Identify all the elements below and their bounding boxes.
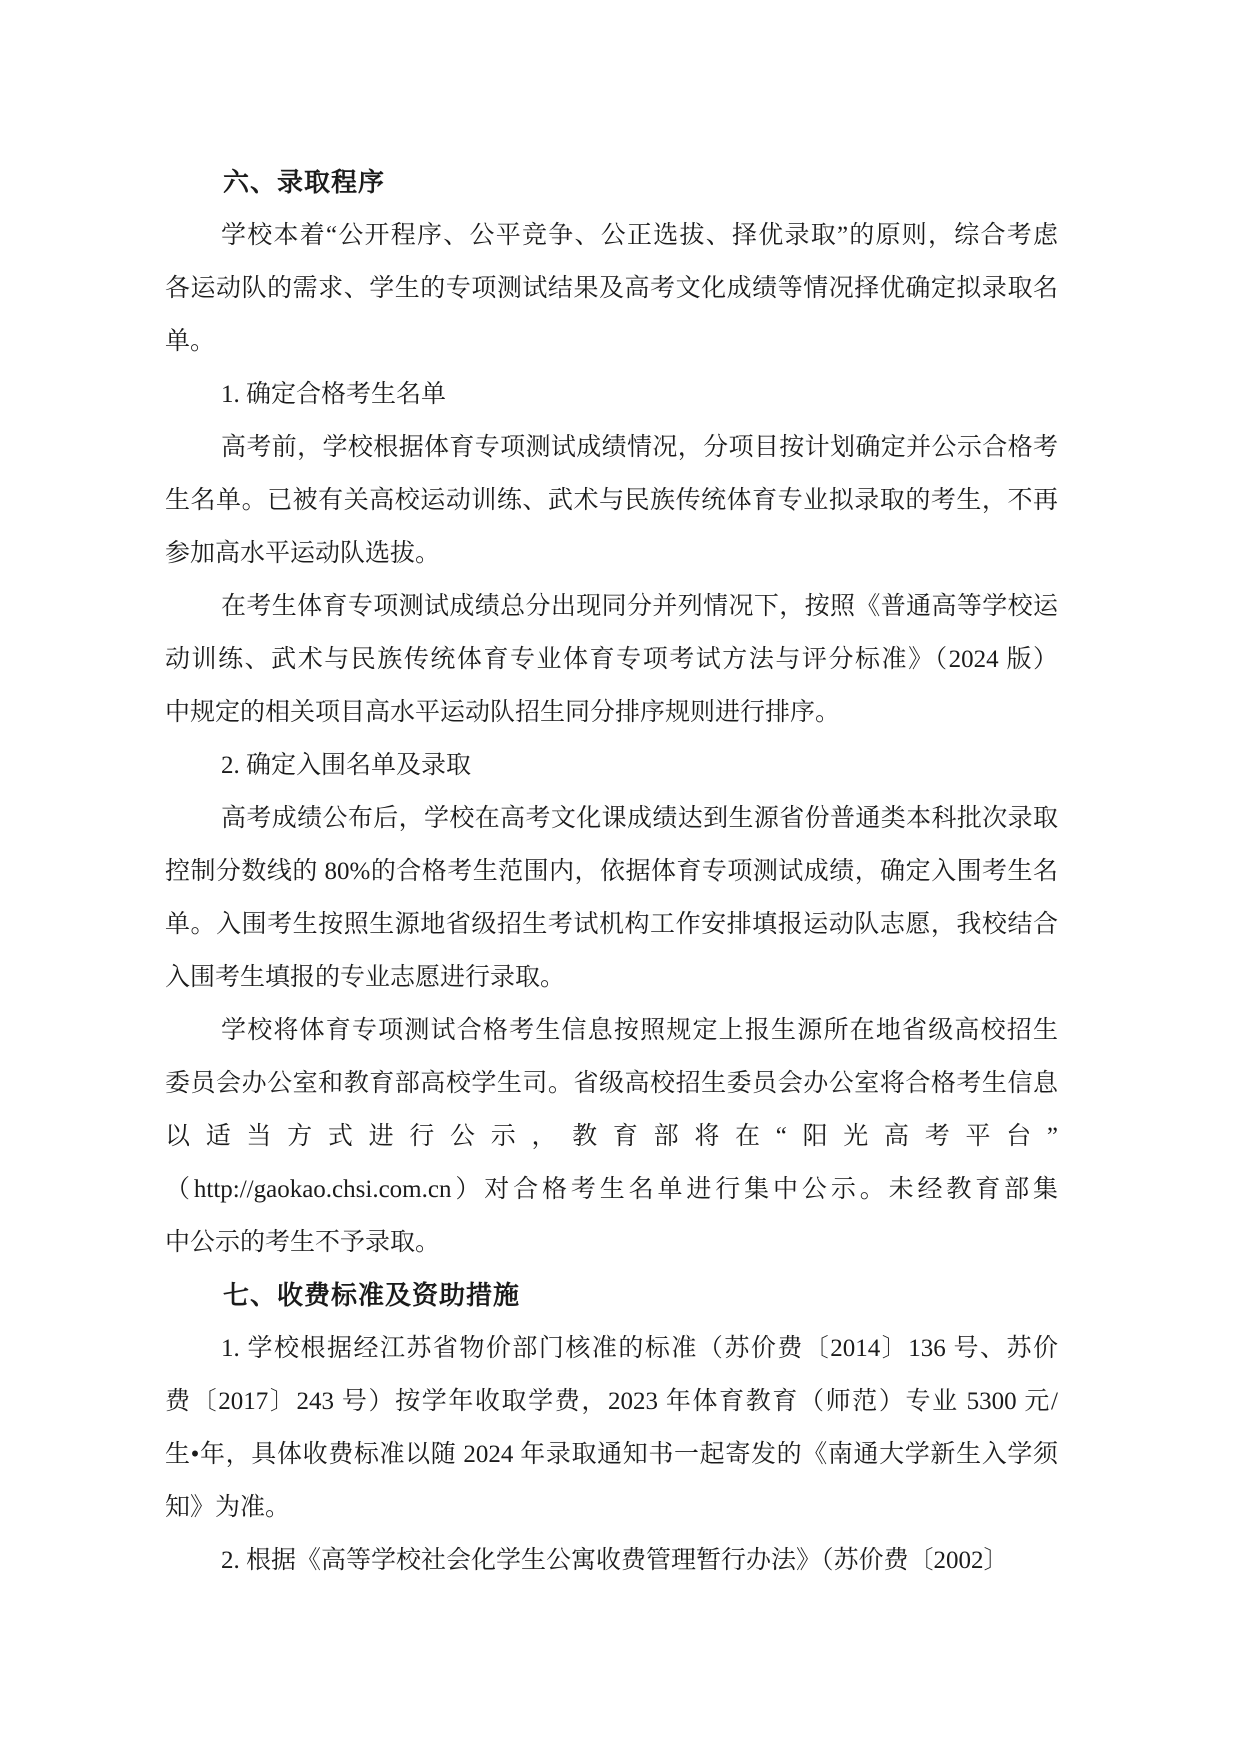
list-item-heading: 1. 确定合格考生名单 [165, 368, 1058, 421]
text-line: 在考生体育专项测试成绩总分出现同分并列情况下，按照《普通高等学校运 [165, 580, 1058, 633]
text-line: 1. 学校根据经江苏省物价部门核准的标准（苏价费〔2014〕136 号、苏价 [165, 1322, 1058, 1375]
paragraph: 2. 根据《高等学校社会化学生公寓收费管理暂行办法》（苏价费〔2002〕 [165, 1534, 1058, 1587]
text-line: 学校本着“公开程序、公平竞争、公正选拔、择优录取”的原则，综合考虑 [165, 209, 1058, 262]
document-page: 六、录取程序学校本着“公开程序、公平竞争、公正选拔、择优录取”的原则，综合考虑各… [0, 0, 1241, 1755]
text-line: 控制分数线的 80%的合格考生范围内，依据体育专项测试成绩，确定入围考生名 [165, 845, 1058, 898]
paragraph: 学校本着“公开程序、公平竞争、公正选拔、择优录取”的原则，综合考虑各运动队的需求… [165, 209, 1058, 368]
paragraph: 高考前，学校根据体育专项测试成绩情况，分项目按计划确定并公示合格考生名单。已被有… [165, 421, 1058, 580]
paragraph: 1. 学校根据经江苏省物价部门核准的标准（苏价费〔2014〕136 号、苏价费〔… [165, 1322, 1058, 1534]
text-line: 学校将体育专项测试合格考生信息按照规定上报生源所在地省级高校招生 [165, 1004, 1058, 1057]
text-line: 动训练、武术与民族传统体育专业体育专项考试方法与评分标准》（2024 版） [165, 633, 1058, 686]
document-body: 六、录取程序学校本着“公开程序、公平竞争、公正选拔、择优录取”的原则，综合考虑各… [165, 156, 1058, 1587]
paragraph: 高考成绩公布后，学校在高考文化课成绩达到生源省份普通类本科批次录取控制分数线的 … [165, 792, 1058, 1004]
text-line: 以适当方式进行公示，教育部将在“阳光高考平台” [165, 1110, 1058, 1163]
text-line: 中规定的相关项目高水平运动队招生同分排序规则进行排序。 [165, 686, 1058, 739]
text-line: 参加高水平运动队选拔。 [165, 527, 1058, 580]
text-line: 各运动队的需求、学生的专项测试结果及高考文化成绩等情况择优确定拟录取名 [165, 262, 1058, 315]
paragraph: 在考生体育专项测试成绩总分出现同分并列情况下，按照《普通高等学校运动训练、武术与… [165, 580, 1058, 739]
section-heading: 七、收费标准及资助措施 [165, 1269, 1058, 1322]
text-line: 高考前，学校根据体育专项测试成绩情况，分项目按计划确定并公示合格考 [165, 421, 1058, 474]
text-line: 2. 根据《高等学校社会化学生公寓收费管理暂行办法》（苏价费〔2002〕 [165, 1534, 1058, 1587]
text-line: 委员会办公室和教育部高校学生司。省级高校招生委员会办公室将合格考生信息 [165, 1057, 1058, 1110]
section-heading: 六、录取程序 [165, 156, 1058, 209]
text-line: （http://gaokao.chsi.com.cn）对合格考生名单进行集中公示… [165, 1163, 1058, 1216]
list-item-heading: 2. 确定入围名单及录取 [165, 739, 1058, 792]
text-line: 入围考生填报的专业志愿进行录取。 [165, 951, 1058, 1004]
text-line: 单。 [165, 315, 1058, 368]
paragraph: 学校将体育专项测试合格考生信息按照规定上报生源所在地省级高校招生委员会办公室和教… [165, 1004, 1058, 1269]
text-line: 单。入围考生按照生源地省级招生考试机构工作安排填报运动队志愿，我校结合 [165, 898, 1058, 951]
text-line: 中公示的考生不予录取。 [165, 1216, 1058, 1269]
text-line: 费〔2017〕243 号）按学年收取学费，2023 年体育教育（师范）专业 53… [165, 1375, 1058, 1428]
text-line: 知》为准。 [165, 1481, 1058, 1534]
text-line: 生•年，具体收费标准以随 2024 年录取通知书一起寄发的《南通大学新生入学须 [165, 1428, 1058, 1481]
text-line: 生名单。已被有关高校运动训练、武术与民族传统体育专业拟录取的考生，不再 [165, 474, 1058, 527]
text-line: 高考成绩公布后，学校在高考文化课成绩达到生源省份普通类本科批次录取 [165, 792, 1058, 845]
